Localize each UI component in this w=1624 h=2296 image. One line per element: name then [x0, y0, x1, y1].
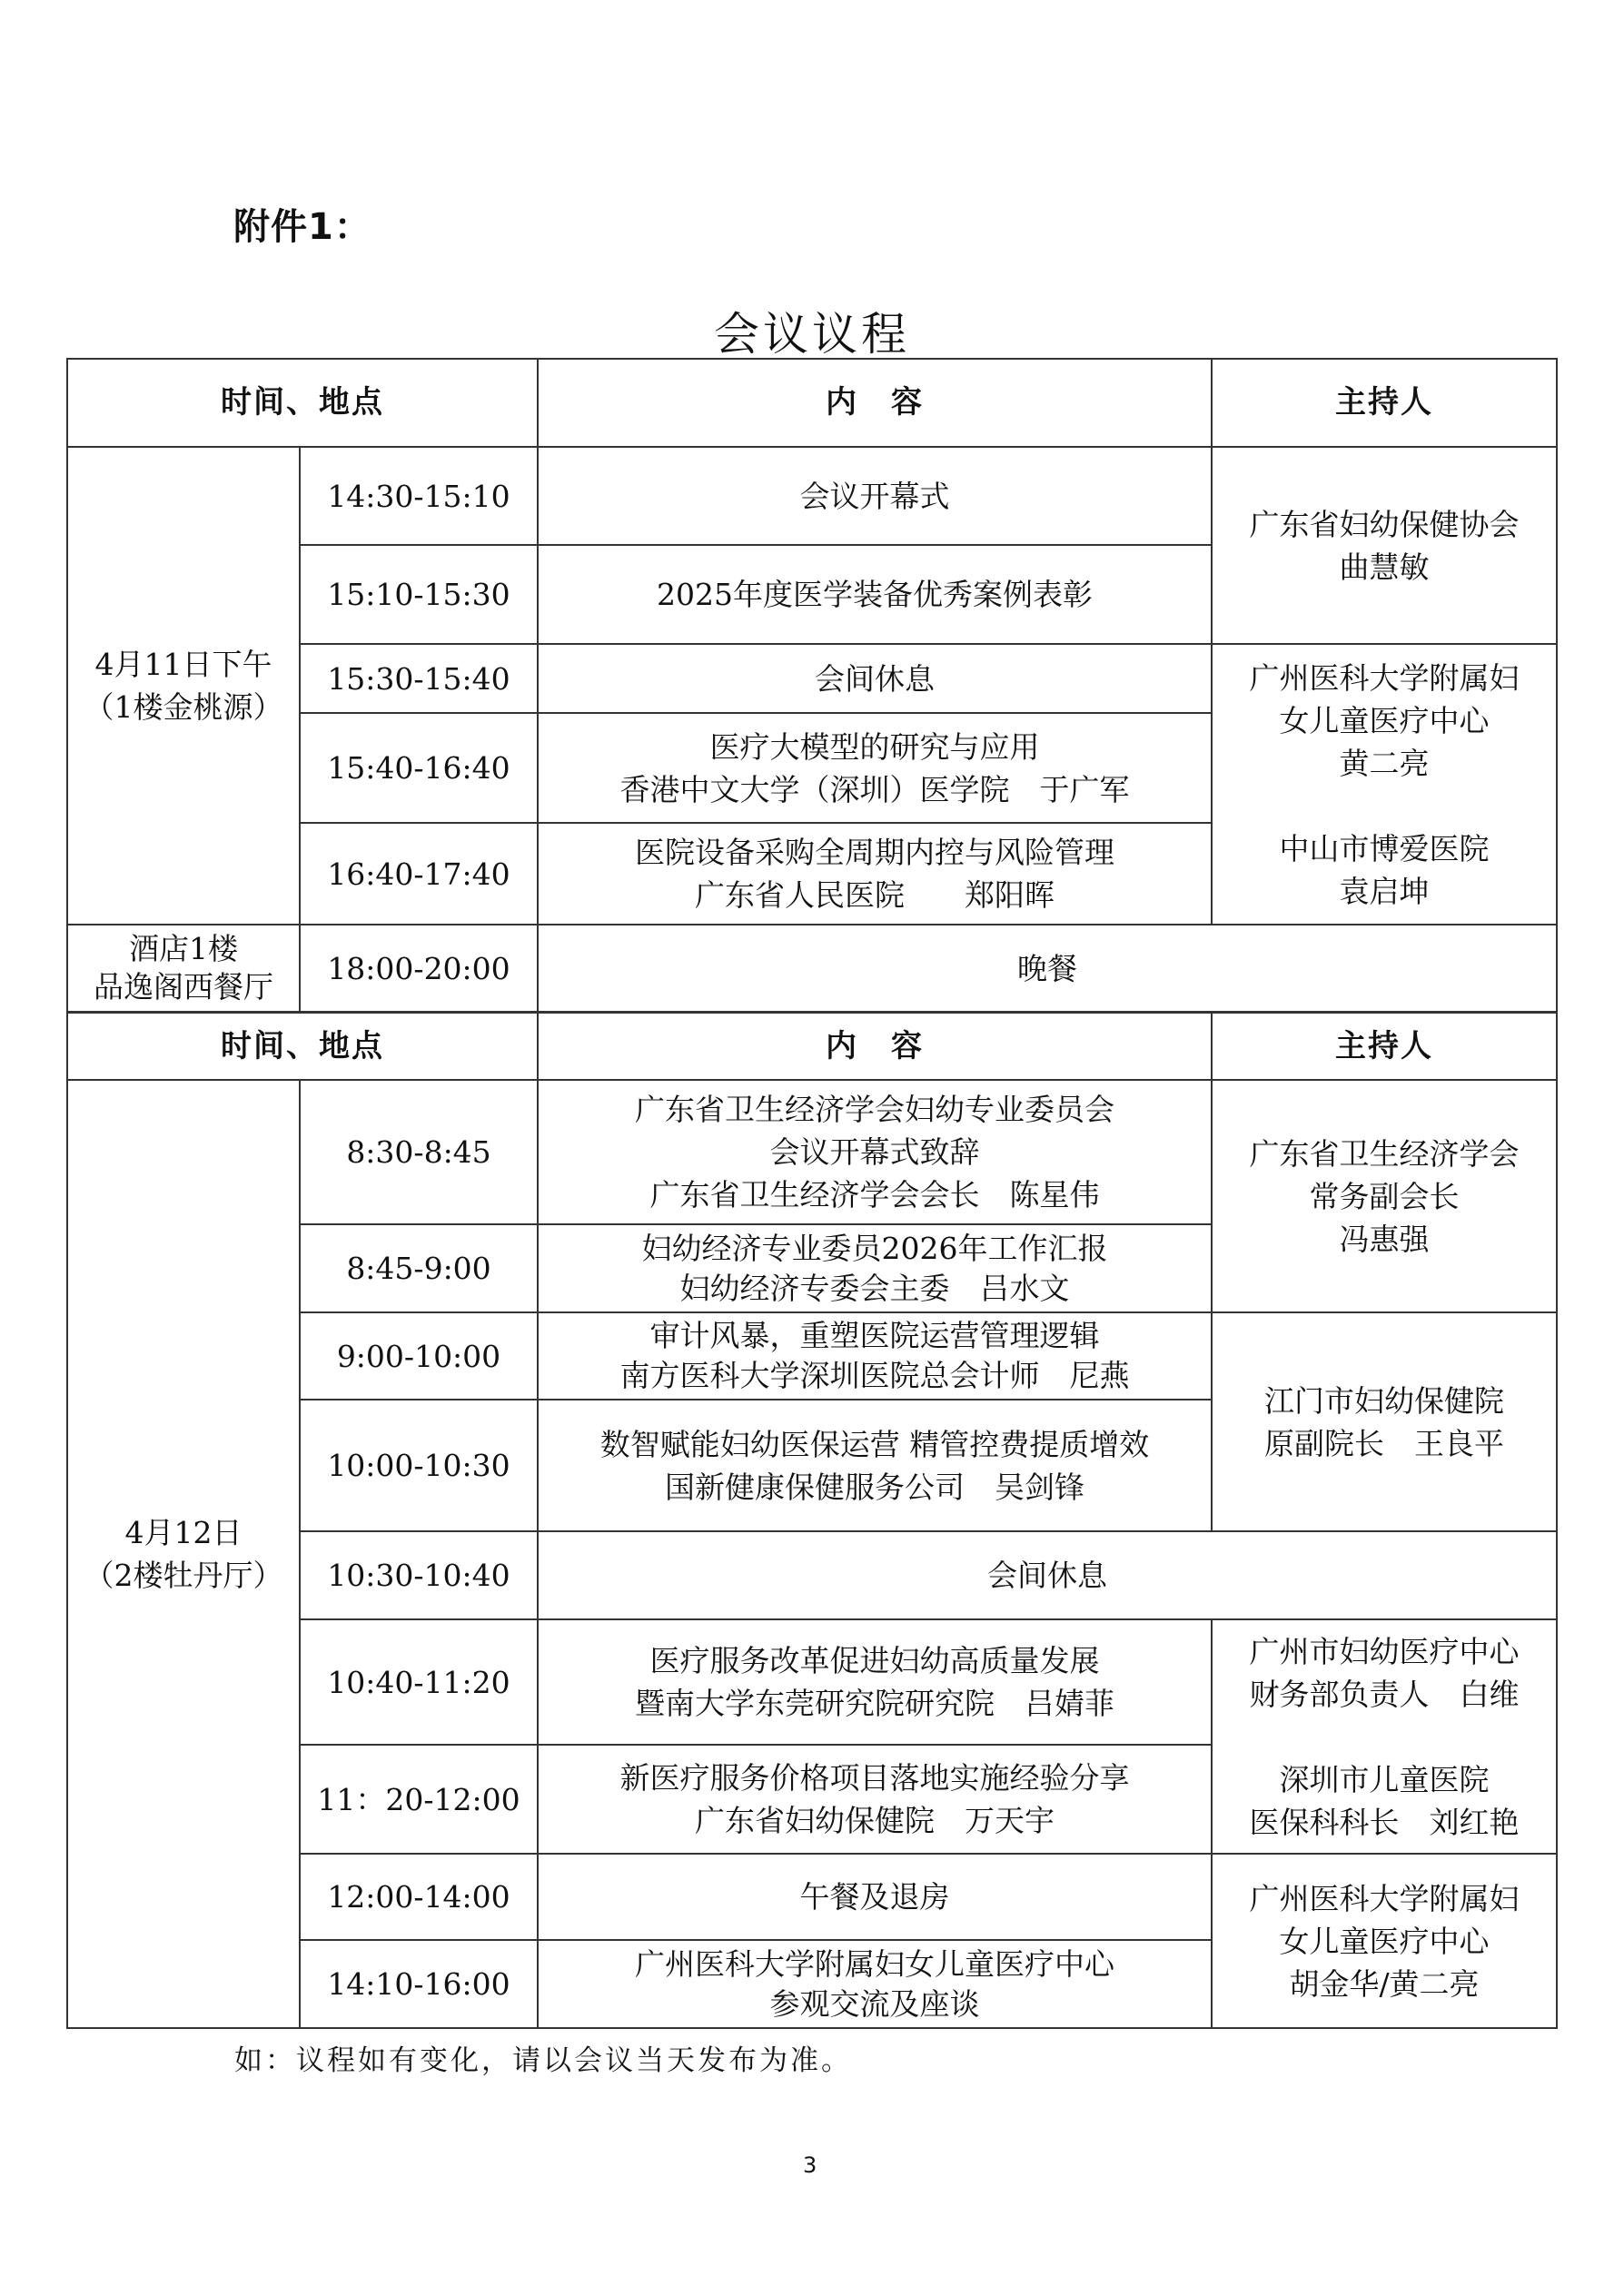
host-line: 广东省卫生经济学会	[1250, 1133, 1520, 1175]
session-time: 9:00-10:00	[299, 1311, 539, 1400]
break-content: 会间休息	[537, 1530, 1558, 1620]
session-time: 14:10-16:00	[299, 1939, 539, 2029]
page-number: 3	[803, 2152, 817, 2178]
session-content: 广州医科大学附属妇女儿童医疗中心 参观交流及座谈	[537, 1939, 1213, 2029]
session-host: 广州市妇幼医疗中心 财务部负责人 白维 深圳市儿童医院 医保科科长 刘红艳	[1211, 1618, 1558, 1855]
session-time: 11：20-12:00	[299, 1744, 539, 1855]
dinner-place: 酒店1楼 品逸阁西餐厅	[66, 924, 301, 1013]
content-line: 会间休息	[987, 1554, 1107, 1597]
content-line: 2025年度医学装备优秀案例表彰	[657, 573, 1093, 616]
host-line: 女儿童医疗中心	[1280, 699, 1490, 742]
header-time-place: 时间、地点	[66, 1011, 539, 1081]
content-line: 审计风暴，重塑医院运营管理逻辑	[650, 1316, 1100, 1356]
host-line: 广州市妇幼医疗中心	[1250, 1630, 1520, 1673]
session-time: 12:00-14:00	[299, 1853, 539, 1941]
session-content: 会议开幕式	[537, 446, 1213, 546]
host-line: 广州医科大学附属妇	[1250, 1877, 1520, 1920]
dinner-content: 晚餐	[537, 924, 1558, 1013]
header-time-place: 时间、地点	[66, 358, 539, 448]
content-line: 广东省人民医院 郑阳晖	[695, 874, 1055, 916]
session-host: 广州医科大学附属妇 女儿童医疗中心 黄二亮 中山市博爱医院 袁启坤	[1211, 643, 1558, 925]
content-line: 新医疗服务价格项目落地实施经验分享	[620, 1757, 1130, 1799]
session-host: 广州医科大学附属妇 女儿童医疗中心 胡金华/黄二亮	[1211, 1853, 1558, 2029]
session-content: 数智赋能妇幼医保运营 精管控费提质增效 国新健康保健服务公司 吴剑锋	[537, 1399, 1213, 1532]
attachment-label: 附件1：	[233, 198, 371, 250]
content-line: 会间休息	[815, 658, 935, 700]
day1-date: 4月11日下午	[95, 643, 272, 686]
header-content: 内 容	[537, 358, 1213, 448]
session-time: 10:40-11:20	[299, 1618, 539, 1746]
session-content: 医疗大模型的研究与应用 香港中文大学（深圳）医学院 于广军	[537, 712, 1213, 824]
session-time: 10:30-10:40	[299, 1530, 539, 1620]
dinner-place-line: 品逸阁西餐厅	[94, 968, 273, 1006]
session-content: 广东省卫生经济学会妇幼专业委员会 会议开幕式致辞 广东省卫生经济学会会长 陈星伟	[537, 1079, 1213, 1225]
session-content: 2025年度医学装备优秀案例表彰	[537, 544, 1213, 645]
host-line: 冯惠强	[1340, 1218, 1430, 1261]
session-content: 妇幼经济专业委员2026年工作汇报 妇幼经济专委会主委 吕水文	[537, 1223, 1213, 1313]
content-line: 国新健康保健服务公司 吴剑锋	[665, 1466, 1084, 1509]
session-time: 15:10-15:30	[299, 544, 539, 645]
content-line: 广东省卫生经济学会会长 陈星伟	[650, 1173, 1100, 1216]
day2-date: 4月12日	[125, 1511, 243, 1554]
session-content: 审计风暴，重塑医院运营管理逻辑 南方医科大学深圳医院总会计师 尼燕	[537, 1311, 1213, 1400]
session-time: 8:45-9:00	[299, 1223, 539, 1313]
session-content: 医院设备采购全周期内控与风险管理 广东省人民医院 郑阳晖	[537, 822, 1213, 925]
content-line: 广东省卫生经济学会妇幼专业委员会	[635, 1088, 1114, 1131]
session-time: 15:40-16:40	[299, 712, 539, 824]
dinner-time: 18:00-20:00	[299, 924, 539, 1013]
header-content: 内 容	[537, 1011, 1213, 1081]
host-line: 黄二亮	[1340, 742, 1430, 785]
day1-place: 4月11日下午 （1楼金桃源）	[66, 446, 301, 925]
content-line: 妇幼经济专业委员2026年工作汇报	[642, 1229, 1108, 1269]
session-time: 10:00-10:30	[299, 1399, 539, 1532]
host-line: 常务副会长	[1310, 1175, 1460, 1218]
host-line: 原副院长 王良平	[1264, 1422, 1504, 1465]
page-title: 会议议程	[0, 298, 1624, 363]
session-content: 医疗服务改革促进妇幼高质量发展 暨南大学东莞研究院研究院 吕婧菲	[537, 1618, 1213, 1746]
host-line: 广东省妇幼保健协会	[1250, 503, 1520, 546]
content-line: 医疗大模型的研究与应用	[710, 726, 1040, 768]
session-time: 15:30-15:40	[299, 643, 539, 714]
content-line: 会议开幕式致辞	[770, 1131, 980, 1173]
content-line: 数智赋能妇幼医保运营 精管控费提质增效	[600, 1423, 1150, 1466]
content-line: 参观交流及座谈	[770, 1984, 980, 2024]
host-line: 女儿童医疗中心	[1280, 1920, 1490, 1963]
content-line: 妇幼经济专委会主委 吕水文	[680, 1269, 1070, 1309]
session-content: 新医疗服务价格项目落地实施经验分享 广东省妇幼保健院 万天宇	[537, 1744, 1213, 1855]
footnote: 如：议程如有变化，请以会议当天发布为准。	[234, 2037, 852, 2078]
host-line: 中山市博爱医院	[1280, 827, 1490, 870]
content-line: 广东省妇幼保健院 万天宇	[695, 1799, 1055, 1842]
host-line: 广州医科大学附属妇	[1250, 657, 1520, 699]
content-line: 香港中文大学（深圳）医学院 于广军	[620, 768, 1130, 811]
content-line: 会议开幕式	[800, 475, 950, 518]
host-line: 胡金华/黄二亮	[1289, 1963, 1479, 2005]
header-host: 主持人	[1211, 1011, 1558, 1081]
content-line: 广州医科大学附属妇女儿童医疗中心	[635, 1945, 1114, 1984]
session-time: 14:30-15:10	[299, 446, 539, 546]
day2-place: 4月12日 （2楼牡丹厅）	[66, 1079, 301, 2029]
session-time: 16:40-17:40	[299, 822, 539, 925]
content-line: 医疗服务改革促进妇幼高质量发展	[650, 1639, 1100, 1682]
session-host: 广东省卫生经济学会 常务副会长 冯惠强	[1211, 1079, 1558, 1313]
content-line: 医院设备采购全周期内控与风险管理	[635, 831, 1114, 874]
day2-room: （2楼牡丹厅）	[84, 1554, 283, 1597]
session-host: 广东省妇幼保健协会 曲慧敏	[1211, 446, 1558, 645]
host-line: 袁启坤	[1340, 870, 1430, 913]
content-line: 暨南大学东莞研究院研究院 吕婧菲	[635, 1682, 1114, 1725]
content-line: 午餐及退房	[800, 1875, 950, 1918]
host-line: 财务部负责人 白维	[1250, 1673, 1520, 1716]
session-time: 8:30-8:45	[299, 1079, 539, 1225]
host-line: 医保科科长 刘红艳	[1250, 1801, 1520, 1844]
host-line: 曲慧敏	[1340, 546, 1430, 589]
session-content: 会间休息	[537, 643, 1213, 714]
host-line: 深圳市儿童医院	[1280, 1758, 1490, 1801]
dinner-place-line: 酒店1楼	[129, 930, 238, 968]
session-content: 午餐及退房	[537, 1853, 1213, 1941]
content-line: 南方医科大学深圳医院总会计师 尼燕	[620, 1356, 1130, 1396]
host-line: 江门市妇幼保健院	[1264, 1380, 1504, 1422]
day1-room: （1楼金桃源）	[84, 686, 283, 728]
session-host: 江门市妇幼保健院 原副院长 王良平	[1211, 1311, 1558, 1532]
header-host: 主持人	[1211, 358, 1558, 448]
